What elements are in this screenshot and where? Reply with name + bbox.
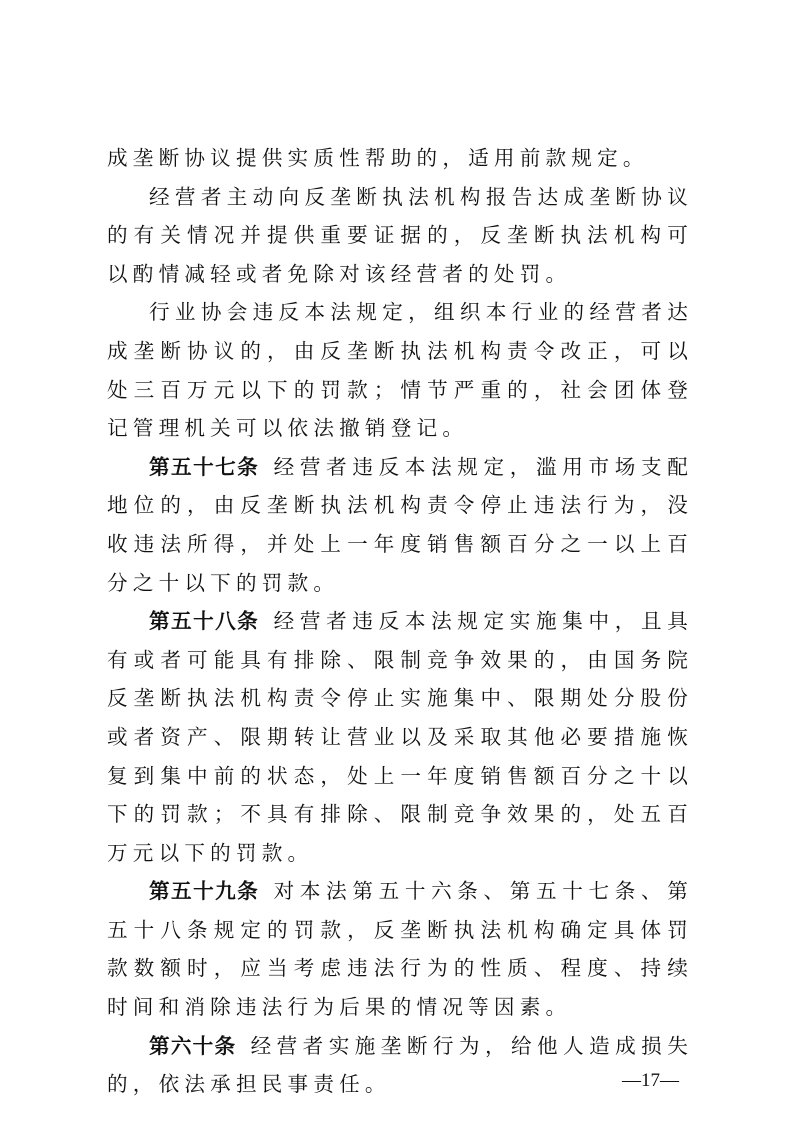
paragraph-text: 经营者主动向反垄断执法机构报告达成垄断协议的有关情况并提供重要证据的，反垄断执法… xyxy=(107,185,693,286)
article-57: 第五十七条经营者违反本法规定，滥用市场支配地位的，由反垄断执法机构责令停止违法行… xyxy=(107,448,693,602)
article-heading: 第五十八条 xyxy=(149,609,259,633)
paragraph-leniency: 经营者主动向反垄断执法机构报告达成垄断协议的有关情况并提供重要证据的，反垄断执法… xyxy=(107,178,693,294)
paragraph-text: 行业协会违反本法规定，组织本行业的经营者达成垄断协议的，由反垄断执法机构责令改正… xyxy=(107,300,693,440)
article-59: 第五十九条对本法第五十六条、第五十七条、第五十八条规定的罚款，反垄断执法机构确定… xyxy=(107,872,693,1026)
article-58: 第五十八条经营者违反本法规定实施集中，且具有或者可能具有排除、限制竞争效果的，由… xyxy=(107,602,693,872)
article-heading: 第五十七条 xyxy=(149,455,259,479)
article-60: 第六十条经营者实施垄断行为，给他人造成损失的，依法承担民事责任。 xyxy=(107,1027,693,1104)
document-body: 成垄断协议提供实质性帮助的，适用前款规定。 经营者主动向反垄断执法机构报告达成垄… xyxy=(107,139,693,1104)
paragraph-text: 经营者违反本法规定实施集中，且具有或者可能具有排除、限制竞争效果的，由国务院反垄… xyxy=(107,609,693,865)
article-heading: 第六十条 xyxy=(149,1034,236,1058)
page-number: —17— xyxy=(622,1070,679,1092)
paragraph-text: 成垄断协议提供实质性帮助的，适用前款规定。 xyxy=(107,146,649,170)
paragraph-continuation: 成垄断协议提供实质性帮助的，适用前款规定。 xyxy=(107,139,693,178)
article-heading: 第五十九条 xyxy=(149,879,259,903)
paragraph-industry-association: 行业协会违反本法规定，组织本行业的经营者达成垄断协议的，由反垄断执法机构责令改正… xyxy=(107,293,693,447)
